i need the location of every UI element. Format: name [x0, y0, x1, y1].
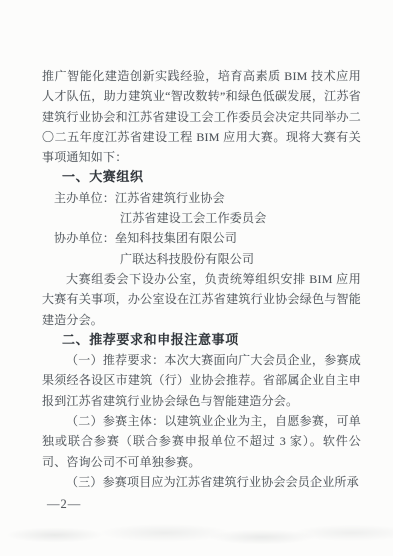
document-body: 推广智能化建造创新实践经验，培育高素质 BIM 技术应用人才队伍，助力建筑业“智… [42, 66, 361, 492]
section1-heading: 一、大赛组织 [42, 167, 361, 187]
requirement-item-1: （一）推荐要求：本次大赛面向广大会员企业，参赛成果须经各设区市建筑（行）业协会推… [42, 350, 361, 411]
requirement-item-2: （二）参赛主体：以建筑业企业为主，自愿参赛，可单独或联合参赛（联合参赛申报单位不… [42, 411, 361, 472]
office-paragraph: 大赛组委会下设办公室，负责统筹组织安排 BIM 应用大赛有关事项，办公室设在江苏… [42, 269, 361, 330]
co-organizer-line: 协办单位：垒知科技集团有限公司 [42, 228, 361, 248]
co-organizer-label: 协办单位： [54, 231, 115, 245]
organizer-label: 主办单位： [54, 191, 115, 205]
scanned-notice-page: 推广智能化建造创新实践经验，培育高素质 BIM 技术应用人才队伍，助力建筑业“智… [0, 0, 393, 556]
scan-shadow-artifact [0, 521, 393, 547]
section2-heading: 二、推荐要求和申报注意事项 [42, 330, 361, 350]
organizer-name-1: 江苏省建筑行业协会 [115, 191, 225, 205]
page-number: —2— [47, 497, 81, 512]
requirement-item-3: （三）参赛项目应为江苏省建筑行业协会会员企业所承 [42, 472, 361, 492]
organizer-line: 主办单位：江苏省建筑行业协会 [42, 188, 361, 208]
co-organizer-name-1: 垒知科技集团有限公司 [115, 231, 237, 245]
intro-paragraph: 推广智能化建造创新实践经验，培育高素质 BIM 技术应用人才队伍，助力建筑业“智… [42, 66, 361, 167]
organizer-name-2: 江苏省建设工会工作委员会 [42, 208, 361, 228]
co-organizer-name-2: 广联达科技股份有限公司 [42, 249, 361, 269]
